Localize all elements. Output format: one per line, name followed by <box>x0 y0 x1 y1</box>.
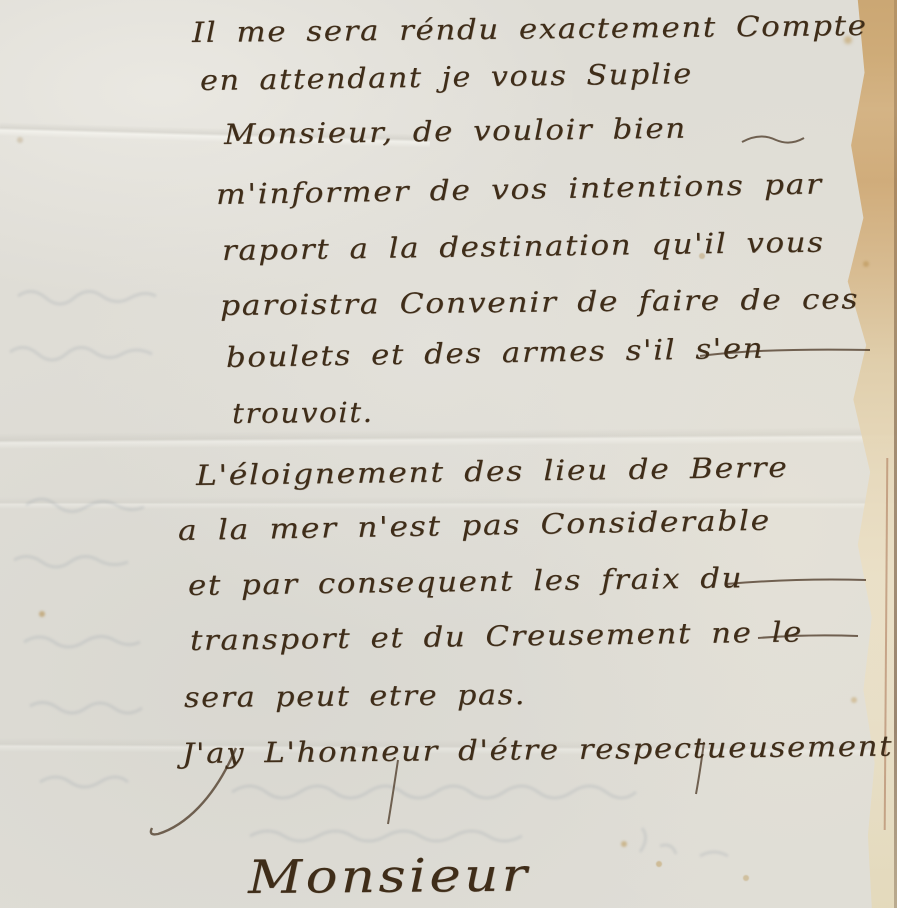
manuscript-line-2: en attendant je vous Suplie <box>200 57 693 97</box>
manuscript-line-13: sera peut etre pas. <box>184 678 526 714</box>
tape-stain <box>841 0 897 908</box>
manuscript-line-14: J'ay L'honneur d'étre respectueusement <box>182 730 893 770</box>
manuscript-line-9: L'éloignement des lieu de Berre <box>196 451 789 492</box>
manuscript-line-12: transport et du Creusement ne le <box>190 615 803 657</box>
foxing-specks <box>0 0 4 4</box>
manuscript-line-3: Monsieur, de vouloir bien <box>224 112 687 151</box>
manuscript-line-5: raport a la destination qu'il vous <box>222 226 825 267</box>
paper-crease <box>0 427 897 449</box>
manuscript-page: Il me sera réndu exactement Compte en at… <box>0 0 897 908</box>
manuscript-line-10: a la mer n'est pas Considerable <box>178 504 771 547</box>
salutation-monsieur: Monsieur <box>248 848 531 904</box>
manuscript-line-11: et par consequent les fraix du <box>188 561 744 602</box>
manuscript-line-7: boulets et des armes s'il s'en <box>226 332 765 374</box>
manuscript-line-4: m'informer de vos intentions par <box>216 167 823 211</box>
manuscript-line-1: Il me sera réndu exactement Compte <box>192 9 868 49</box>
manuscript-line-8: trouvoit. <box>232 396 374 430</box>
manuscript-photo: Il me sera réndu exactement Compte en at… <box>0 0 897 908</box>
manuscript-line-6: paroistra Convenir de faire de ces <box>220 282 859 322</box>
